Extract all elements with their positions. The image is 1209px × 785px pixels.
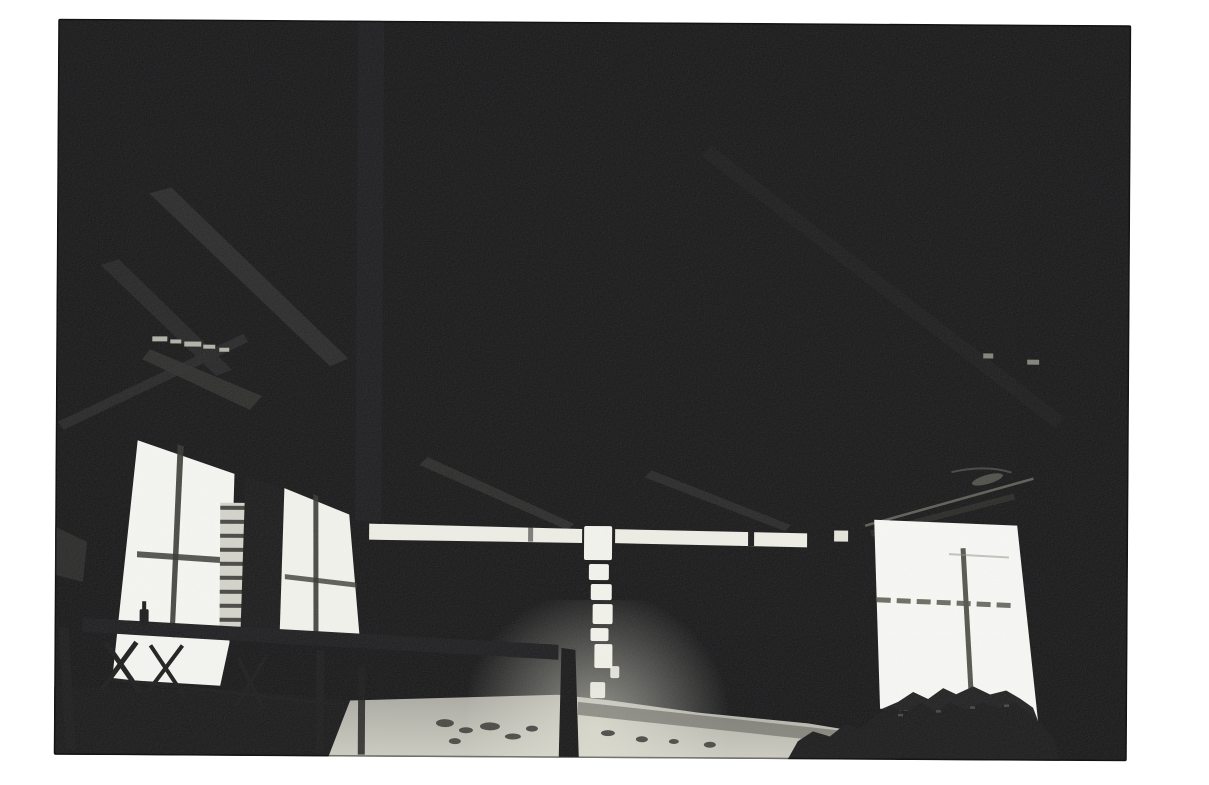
scanned-page: Black-and-white photograph of a dark, de… <box>0 0 1209 785</box>
photograph-canvas: Black-and-white photograph of a dark, de… <box>0 0 1209 785</box>
photo-print <box>54 19 1131 764</box>
film-grain-overlay <box>54 19 1131 762</box>
